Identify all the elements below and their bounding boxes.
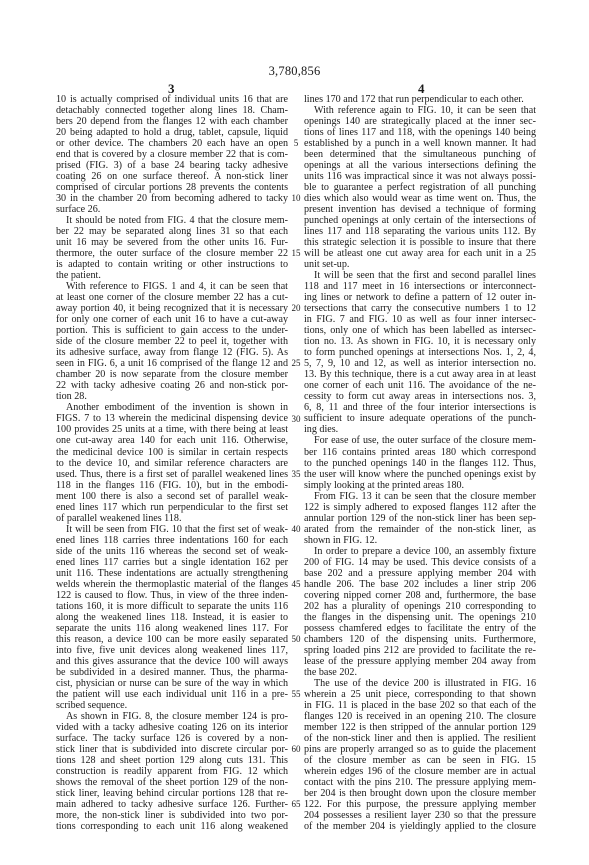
text-line: bers 20 depend from the flanges 12 with … [56, 116, 288, 127]
text-line: 22 with tacky adhesive coating 26 and no… [56, 380, 288, 391]
text-line: vided with a tacky adhesive coating 126 … [56, 722, 288, 733]
text-line: comprised of circular portions 28 preven… [56, 182, 288, 193]
text-line: unit 116. These indentations are actuall… [56, 568, 288, 579]
text-line: simply looking at the printed areas 180. [304, 480, 536, 491]
margin-line-number: 5 [289, 138, 303, 148]
text-line: this strategic selection it is possible … [304, 237, 536, 248]
text-line: to the device 10, and similar reference … [56, 458, 288, 469]
text-line: openings at all the various intersection… [304, 160, 536, 171]
text-line: along the weakened lines 118. Instead, i… [56, 612, 288, 623]
text-line: been determined that the simultaneous pu… [304, 149, 536, 160]
text-line: 118 and 117 meet in 16 intersections or … [304, 281, 536, 292]
text-line: unit set-up. [304, 259, 536, 270]
text-line: of parallel weakened lines 118. [56, 513, 288, 524]
text-line: in FIG. 11 is placed in the base 202 so … [304, 700, 536, 711]
text-line: 100 provides 25 units at a time, with th… [56, 424, 288, 435]
text-line: unit 16 may be severed from the other un… [56, 237, 288, 248]
text-line: of the non-stick liner and then is appli… [304, 733, 536, 744]
text-line: spring loaded pins 212 are provided to f… [304, 645, 536, 656]
text-line: openings 140 are strategically placed at… [304, 116, 536, 127]
text-line: wherein edges 196 of the closure member … [304, 766, 536, 777]
text-line: ened lines 118 carries three indentation… [56, 535, 288, 546]
text-line: be subdivided in a desired manner. Thus,… [56, 667, 288, 678]
text-line: shown in FIG. 12. [304, 535, 536, 546]
text-line: more, the non-stick liner is subdivided … [56, 810, 288, 821]
text-line: wherein a 25 unit piece, corresponding t… [304, 689, 536, 700]
text-line: flanges 120 is received in an opening 21… [304, 711, 536, 722]
text-line: away portion 40, it being recognized tha… [56, 303, 288, 314]
text-line: 122 is caused to flow. Thus, in view of … [56, 590, 288, 601]
text-line: Another embodiment of the invention is s… [56, 402, 288, 413]
text-line: 10 is actually comprised of individual u… [56, 94, 288, 105]
text-line: tions 128 and sheet portion 129 along cu… [56, 755, 288, 766]
text-line: the base 202. [304, 667, 536, 678]
text-line: of the member 204 is yieldingly applied … [304, 821, 536, 832]
margin-line-number: 65 [289, 799, 303, 809]
text-line: stick liner, leaving behind circular por… [56, 788, 288, 799]
patent-number: 3,780,856 [0, 64, 589, 79]
text-line: lines 170 and 172 that run perpendicular… [304, 94, 536, 105]
text-line: the patient. [56, 270, 288, 281]
text-line: chambers 120 of the dispensing units. Fu… [304, 634, 536, 645]
text-line: With reference to FIGS. 1 and 4, it can … [56, 281, 288, 292]
text-line: to form punched openings at intersection… [304, 347, 536, 358]
text-line: In order to prepare a device 100, an ass… [304, 546, 536, 557]
text-line: FIGS. 7 to 13 wherein the medicinal disp… [56, 413, 288, 424]
text-line: ing dies. [304, 424, 536, 435]
text-line: dies which also would wear as time went … [304, 193, 536, 204]
text-line: ened lines 117 carries but a single iden… [56, 557, 288, 568]
text-line: for only one corner of each unit 16 to h… [56, 314, 288, 325]
text-line: tion 28. [56, 391, 288, 402]
text-line: separate the units 116 along weakened li… [56, 623, 288, 634]
text-line: 118 in the flanges 116 (FIG. 10), but in… [56, 480, 288, 491]
text-line: prised (FIG. 3) of a base 24 bearing tac… [56, 160, 288, 171]
text-line: From FIG. 13 it can be seen that the clo… [304, 491, 536, 502]
text-line: member 122 is then stripped of the annul… [304, 722, 536, 733]
text-line: base 202 and a pressure applying member … [304, 568, 536, 579]
margin-line-number: 40 [289, 524, 303, 534]
text-line: units 116 was impractical since it was n… [304, 171, 536, 182]
margin-line-number: 35 [289, 469, 303, 479]
text-line: ber 204 is then brought down upon the cl… [304, 788, 536, 799]
left-column-text: 10 is actually comprised of individual u… [56, 94, 288, 832]
text-line: tions of lines 117 and 118, with the ope… [304, 127, 536, 138]
text-line: contact with the pins 210. The pressure … [304, 777, 536, 788]
text-line: the patient will use each individual uni… [56, 689, 288, 700]
text-line: scribed sequence. [56, 700, 288, 711]
text-line: chamber 20 is now separate from the clos… [56, 369, 288, 380]
text-line: sufficient to insure adequate operations… [304, 413, 536, 424]
text-line: As shown in FIG. 8, the closure member 1… [56, 711, 288, 722]
text-line: handle 206. The base 202 includes a line… [304, 579, 536, 590]
text-line: welds wherein the thermoplastic material… [56, 579, 288, 590]
text-line: construction is readily apparent from FI… [56, 766, 288, 777]
text-line: tion no. 13. As shown in FIG. 10, it is … [304, 336, 536, 347]
text-line: ber 116 contains printed areas 180 which… [304, 447, 536, 458]
margin-line-number: 20 [289, 303, 303, 313]
text-line: The use of the device 200 is illustrated… [304, 678, 536, 689]
text-line: It should be noted from FIG. 4 that the … [56, 215, 288, 226]
text-line: side of the closure member 22 to peel it… [56, 336, 288, 347]
text-line: arated from the remainder of the non-sti… [304, 524, 536, 535]
text-line: possess chamfered edges to facilitate th… [304, 623, 536, 634]
text-line: punched openings at only certain of the … [304, 215, 536, 226]
text-line: in FIG. 7 and FIG. 10 as well as four in… [304, 314, 536, 325]
text-line: cist, physician or nurse can be sure of … [56, 678, 288, 689]
text-line: one corner of each unit 116. The avoidan… [304, 380, 536, 391]
text-line: or other device. The chambers 20 each ha… [56, 138, 288, 149]
text-line: thermore, the outer surface of the closu… [56, 248, 288, 259]
margin-line-number: 30 [289, 414, 303, 424]
text-line: 6, 8, 11 and three of the four interior … [304, 402, 536, 413]
text-line: present invention has devised a techniqu… [304, 204, 536, 215]
text-line: lines 117 and 118 separating the various… [304, 226, 536, 237]
text-line: detachably connected together along line… [56, 105, 288, 116]
text-line: main adhered to tacky adhesive surface 1… [56, 799, 288, 810]
text-line: is adapted to contain writing or other i… [56, 259, 288, 270]
text-line: 13. By this technique, there is a cut aw… [304, 369, 536, 380]
text-line: end that is covered by a closure member … [56, 149, 288, 160]
text-line: 204 possesses a resilient layer 230 so t… [304, 810, 536, 821]
text-line: surface. The tacky surface 126 is covere… [56, 733, 288, 744]
text-line: ment 100 there is also a second set of p… [56, 491, 288, 502]
text-line: annular portion 129 of the non-stick lin… [304, 513, 536, 524]
text-line: ble to guarantee a perfect registration … [304, 182, 536, 193]
text-line: the user will know where the punched ope… [304, 469, 536, 480]
text-line: ened lines 117 which run perpendicular t… [56, 502, 288, 513]
text-line: into five, five unit devices along weake… [56, 645, 288, 656]
text-line: seen in FIG. 6, a unit 16 comprised of t… [56, 358, 288, 369]
text-line: ber 22 may be separated along lines 31 s… [56, 226, 288, 237]
text-line: tions corresponding to each unit 116 alo… [56, 821, 288, 832]
text-line: tersections that carry the consecutive n… [304, 303, 536, 314]
text-line: lease of the pressure applying member 20… [304, 656, 536, 667]
margin-line-number: 10 [289, 193, 303, 203]
text-line: side of the units 116 whereas the second… [56, 546, 288, 557]
text-line: 122. For this purpose, the pressure appl… [304, 799, 536, 810]
margin-line-number: 45 [289, 579, 303, 589]
text-line: ing lines or network to define a pattern… [304, 292, 536, 303]
right-column-text: lines 170 and 172 that run perpendicular… [304, 94, 536, 832]
text-line: pins are properly arranged so as to guid… [304, 744, 536, 755]
text-line: coating 26 on one surface thereof. A non… [56, 171, 288, 182]
text-line: cessity to form cut away areas in inters… [304, 391, 536, 402]
text-line: surface 26. [56, 204, 288, 215]
text-line: 200 of FIG. 14 may be used. This device … [304, 557, 536, 568]
text-line: tations 160, it is more difficult to sep… [56, 601, 288, 612]
text-line: With reference again to FIG. 10, it can … [304, 105, 536, 116]
margin-line-number: 60 [289, 744, 303, 754]
text-line: 202 has a plurality of openings 210 corr… [304, 601, 536, 612]
text-line: It will be seen from FIG. 10 that the fi… [56, 524, 288, 535]
text-line: covering nipped corner 208 and, furtherm… [304, 590, 536, 601]
text-line: its adhesive surface, away from flange 1… [56, 347, 288, 358]
text-line: established by a punch in a well known m… [304, 138, 536, 149]
text-line: of the closure member as can be seen in … [304, 755, 536, 766]
text-line: this reason, a device 100 can be more ea… [56, 634, 288, 645]
margin-line-number: 25 [289, 358, 303, 368]
margin-line-number: 50 [289, 634, 303, 644]
margin-line-number: 55 [289, 689, 303, 699]
text-line: used. Thus, there is a first set of para… [56, 469, 288, 480]
text-line: the medicinal device 100 is similar in c… [56, 447, 288, 458]
text-line: portion. This is sufficient to gain acce… [56, 325, 288, 336]
text-line: to the punched openings 140 in the flang… [304, 458, 536, 469]
text-line: shows the removal of the sheet portion 1… [56, 777, 288, 788]
text-line: stick liner that is subdivided into disc… [56, 744, 288, 755]
text-line: will be atleast one cut away area for ea… [304, 248, 536, 259]
text-line: and this gives assurance that the device… [56, 656, 288, 667]
text-line: 20 being adapted to hold a drug, tablet,… [56, 127, 288, 138]
text-line: the flanges in the dispensing unit. The … [304, 612, 536, 623]
text-line: one cut-away area 140 for each unit 116.… [56, 435, 288, 446]
text-line: tions, only one of which has been labell… [304, 325, 536, 336]
text-line: For ease of use, the outer surface of th… [304, 435, 536, 446]
text-line: 5, 7, 9, 10 and 12, as well as interior … [304, 358, 536, 369]
margin-line-number: 15 [289, 248, 303, 258]
text-line: 30 in the chamber 20 from becoming adher… [56, 193, 288, 204]
text-line: 122 is simply adhered to exposed flanges… [304, 502, 536, 513]
text-line: at least one corner of the closure membe… [56, 292, 288, 303]
text-line: It will be seen that the first and secon… [304, 270, 536, 281]
